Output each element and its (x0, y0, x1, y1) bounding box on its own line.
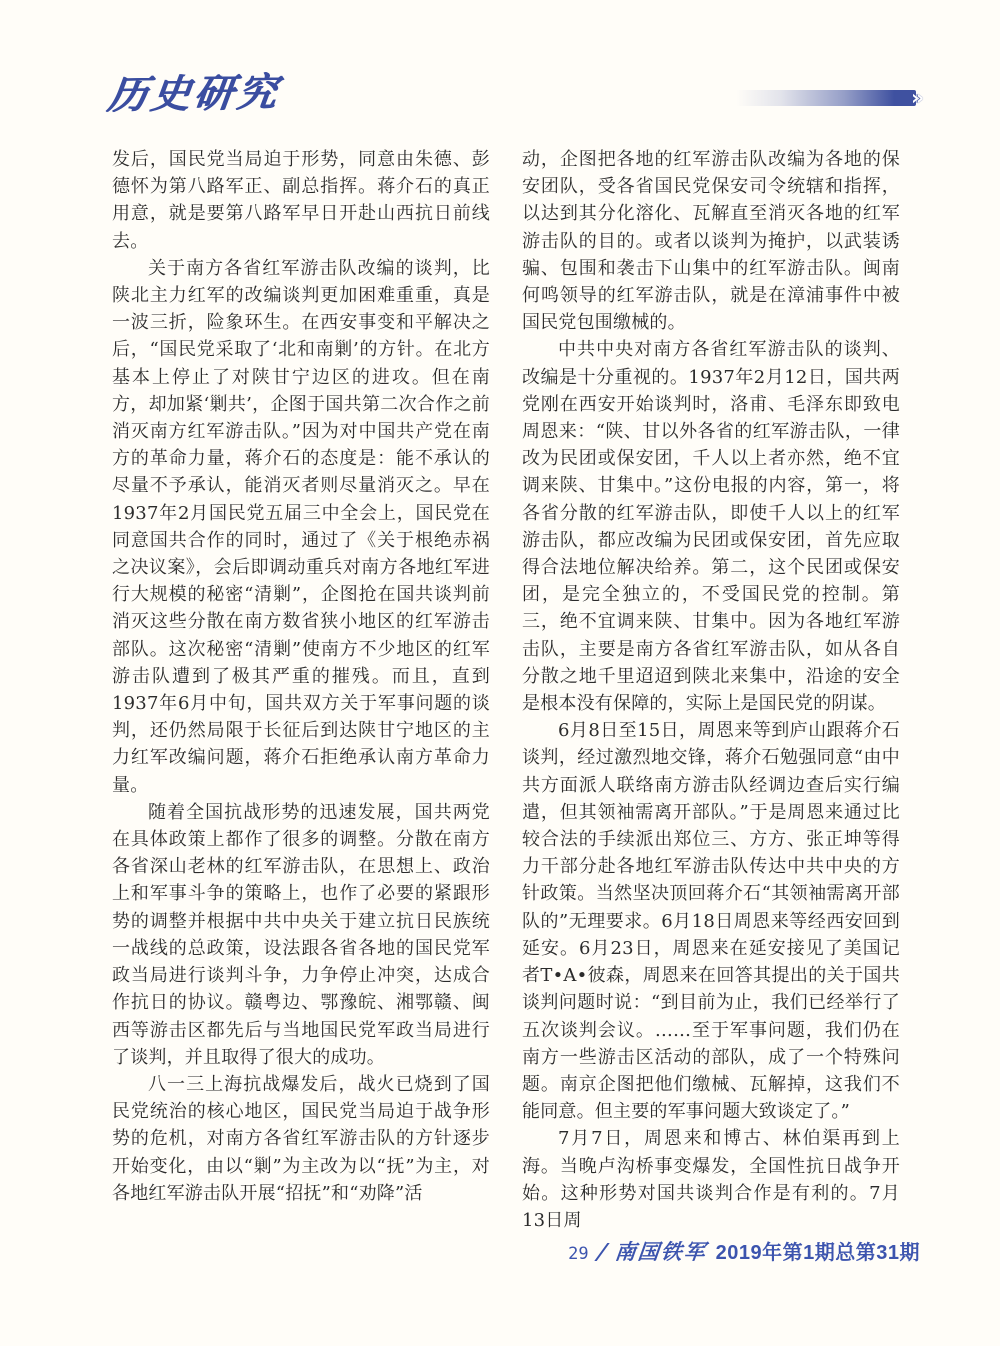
section-title-calligraphy: 历史研究 (105, 71, 283, 118)
header-gradient-bar: » (736, 90, 916, 106)
right-column: 动，企图把各地的红军游击队改编为各地的保安团队，受各省国民党保安司令统辖和指挥，… (522, 146, 900, 1242)
journal-page: 历史研究 » 发后，国民党当局迫于形势，同意由朱德、彭德怀为第八路军正、副总指挥… (0, 0, 1000, 1346)
paragraph: 八一三上海抗战爆发后，战火已烧到了国民党统治的核心地区，国民党当局迫于战争形势的… (112, 1071, 490, 1207)
page-footer: 29 / 南国铁军 2019年第1期总第31期 (568, 1236, 920, 1266)
page-number: 29 (568, 1244, 588, 1264)
paragraph: 关于南方各省红军游击队改编的谈判，比陕北主力红军的改编谈判更加困难重重，真是一波… (112, 255, 490, 799)
page-header: 历史研究 » (0, 0, 1000, 130)
paragraph: 7月7日，周恩来和博古、林伯渠再到上海。当晚卢沟桥事变爆发，全国性抗日战争开始。… (522, 1125, 900, 1234)
footer-separator: / (595, 1239, 609, 1265)
issue-info: 2019年第1期总第31期 (716, 1236, 920, 1265)
paragraph: 发后，国民党当局迫于形势，同意由朱德、彭德怀为第八路军正、副总指挥。蒋介石的真正… (112, 146, 490, 255)
paragraph: 动，企图把各地的红军游击队改编为各地的保安团队，受各省国民党保安司令统辖和指挥，… (522, 146, 900, 336)
journal-name-calligraphy: 南国铁军 (613, 1236, 708, 1266)
left-column: 发后，国民党当局迫于形势，同意由朱德、彭德怀为第八路军正、副总指挥。蒋介石的真正… (112, 146, 490, 1242)
paragraph: 6月8日至15日，周恩来等到庐山跟蒋介石谈判，经过激烈地交锋，蒋介石勉强同意“由… (522, 717, 900, 1125)
double-chevron-icon: » (911, 89, 924, 105)
paragraph: 中共中央对南方各省红军游击队的谈判、改编是十分重视的。1937年2月12日，国共… (522, 336, 900, 717)
article-body: 发后，国民党当局迫于形势，同意由朱德、彭德怀为第八路军正、副总指挥。蒋介石的真正… (112, 146, 900, 1242)
paragraph: 随着全国抗战形势的迅速发展，国共两党在具体政策上都作了很多的调整。分散在南方各省… (112, 799, 490, 1071)
